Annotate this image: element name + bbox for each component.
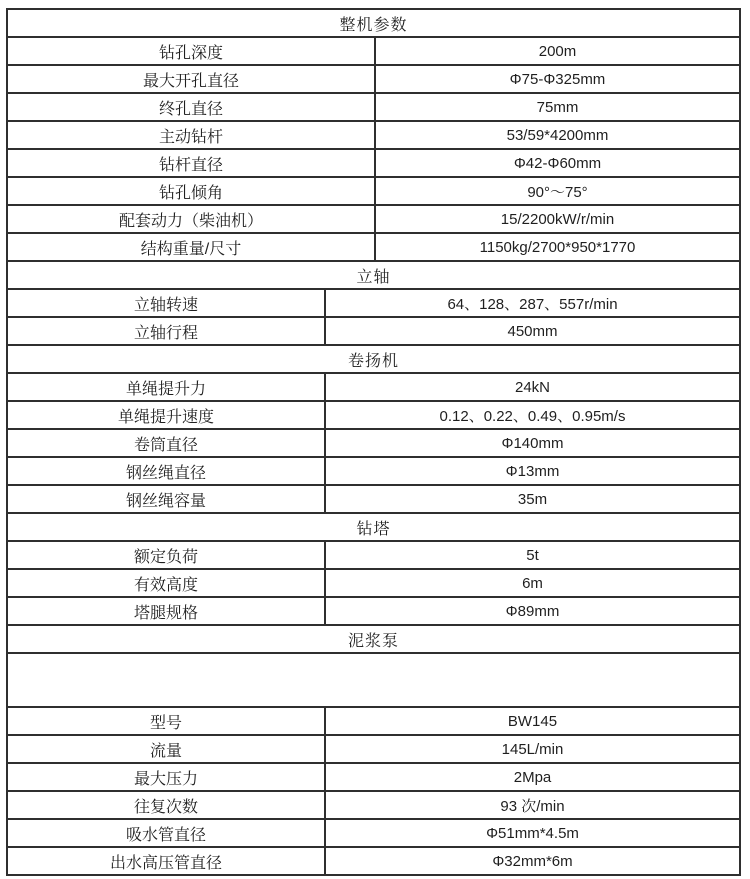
table-row: 型号 BW145 (8, 708, 739, 736)
table-row: 钢丝绳容量 35m (8, 486, 739, 514)
param-label: 单绳提升力 (8, 374, 326, 400)
param-value: 35m (326, 486, 739, 512)
param-label: 有效高度 (8, 570, 326, 596)
param-label: 配套动力（柴油机） (8, 206, 376, 232)
table-row: 结构重量/尺寸 1150kg/2700*950*1770 (8, 234, 739, 262)
table-row: 有效高度 6m (8, 570, 739, 598)
param-value: Φ51mm*4.5m (326, 820, 739, 846)
section-header-overall: 整机参数 (8, 10, 739, 38)
param-label: 型号 (8, 708, 326, 734)
param-value: 6m (326, 570, 739, 596)
param-label: 立轴转速 (8, 290, 326, 316)
table-row: 配套动力（柴油机） 15/2200kW/r/min (8, 206, 739, 234)
param-label: 卷筒直径 (8, 430, 326, 456)
param-value: 53/59*4200mm (376, 122, 739, 148)
table-row: 钻杆直径 Φ42-Φ60mm (8, 150, 739, 178)
table-row: 立轴行程 450mm (8, 318, 739, 346)
table-row: 最大压力 2Mpa (8, 764, 739, 792)
section-title: 卷扬机 (348, 348, 399, 371)
table-row: 单绳提升力 24kN (8, 374, 739, 402)
param-label: 钻孔倾角 (8, 178, 376, 204)
table-row: 出水高压管直径 Φ32mm*6m (8, 848, 739, 874)
param-value: Φ32mm*6m (326, 848, 739, 874)
param-value: 64、128、287、557r/min (326, 290, 739, 316)
section-header-spindle: 立轴 (8, 262, 739, 290)
param-label: 流量 (8, 736, 326, 762)
spec-table: 整机参数 钻孔深度 200m 最大开孔直径 Φ75-Φ325mm 终孔直径 75… (6, 8, 741, 876)
param-label: 钻孔深度 (8, 38, 376, 64)
section-header-tower: 钻塔 (8, 514, 739, 542)
page: 整机参数 钻孔深度 200m 最大开孔直径 Φ75-Φ325mm 终孔直径 75… (0, 0, 750, 879)
empty-row (8, 654, 739, 708)
section-title: 泥浆泵 (348, 628, 399, 651)
param-label: 钻杆直径 (8, 150, 376, 176)
section-title: 整机参数 (339, 12, 407, 35)
param-value: BW145 (326, 708, 739, 734)
param-value: 75mm (376, 94, 739, 120)
table-row: 最大开孔直径 Φ75-Φ325mm (8, 66, 739, 94)
param-label: 立轴行程 (8, 318, 326, 344)
table-row: 流量 145L/min (8, 736, 739, 764)
section-header-mud-pump: 泥浆泵 (8, 626, 739, 654)
param-label: 最大开孔直径 (8, 66, 376, 92)
section-header-winch: 卷扬机 (8, 346, 739, 374)
param-label: 钢丝绳容量 (8, 486, 326, 512)
table-row: 钻孔倾角 90°～75° (8, 178, 739, 206)
table-row: 钻孔深度 200m (8, 38, 739, 66)
param-value: Φ140mm (326, 430, 739, 456)
table-row: 主动钻杆 53/59*4200mm (8, 122, 739, 150)
param-value: 200m (376, 38, 739, 64)
section-title: 钻塔 (356, 516, 390, 539)
param-value: Φ13mm (326, 458, 739, 484)
param-label: 结构重量/尺寸 (8, 234, 376, 260)
param-label: 最大压力 (8, 764, 326, 790)
table-row: 卷筒直径 Φ140mm (8, 430, 739, 458)
param-value: Φ89mm (326, 598, 739, 624)
param-label: 钢丝绳直径 (8, 458, 326, 484)
table-row: 塔腿规格 Φ89mm (8, 598, 739, 626)
param-label: 单绳提升速度 (8, 402, 326, 428)
param-label: 塔腿规格 (8, 598, 326, 624)
param-value: 24kN (326, 374, 739, 400)
param-label: 终孔直径 (8, 94, 376, 120)
section-title: 立轴 (356, 264, 390, 287)
param-label: 主动钻杆 (8, 122, 376, 148)
param-value: 90°～75° (376, 178, 739, 204)
param-value: 5t (326, 542, 739, 568)
param-label: 出水高压管直径 (8, 848, 326, 874)
param-value: Φ75-Φ325mm (376, 66, 739, 92)
table-row: 单绳提升速度 0.12、0.22、0.49、0.95m/s (8, 402, 739, 430)
table-row: 立轴转速 64、128、287、557r/min (8, 290, 739, 318)
table-row: 终孔直径 75mm (8, 94, 739, 122)
table-row: 往复次数 93 次/min (8, 792, 739, 820)
param-label: 额定负荷 (8, 542, 326, 568)
param-value: 1150kg/2700*950*1770 (376, 234, 739, 260)
param-label: 往复次数 (8, 792, 326, 818)
param-value: 450mm (326, 318, 739, 344)
table-row: 额定负荷 5t (8, 542, 739, 570)
param-value: 2Mpa (326, 764, 739, 790)
param-label: 吸水管直径 (8, 820, 326, 846)
param-value: 15/2200kW/r/min (376, 206, 739, 232)
param-value: 93 次/min (326, 792, 739, 818)
param-value: 145L/min (326, 736, 739, 762)
table-row: 钢丝绳直径 Φ13mm (8, 458, 739, 486)
table-row: 吸水管直径 Φ51mm*4.5m (8, 820, 739, 848)
param-value: Φ42-Φ60mm (376, 150, 739, 176)
param-value: 0.12、0.22、0.49、0.95m/s (326, 402, 739, 428)
